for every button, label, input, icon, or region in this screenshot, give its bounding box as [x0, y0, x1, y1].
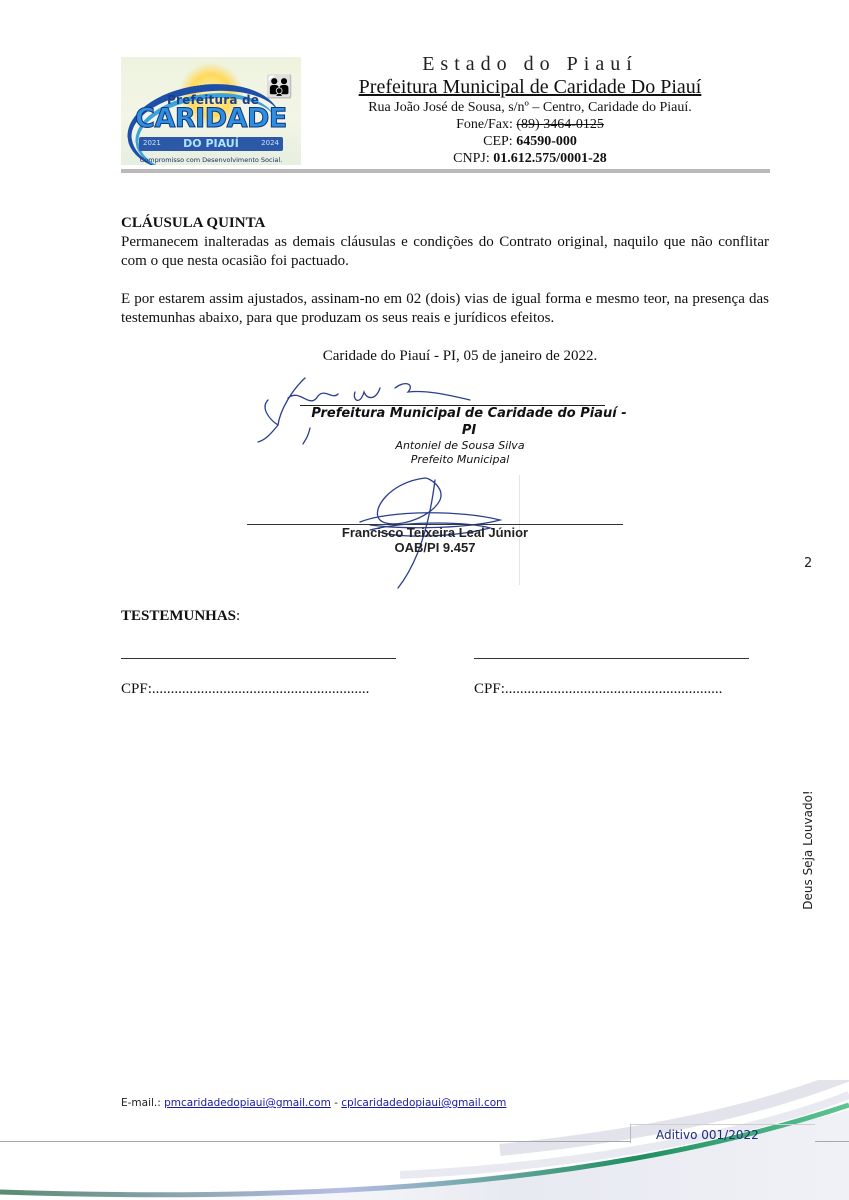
contractor-registration: OAB/PI 9.457	[247, 540, 623, 555]
letterhead: Estado do Piauí Prefeitura Municipal de …	[330, 53, 730, 167]
witness-1-cpf: CPF:....................................…	[121, 681, 369, 698]
signatory-name: Antoniel de Sousa Silva	[290, 439, 630, 453]
prefecture-logo: 👪 Prefeitura de CARIDADE 2021 DO PIAUÍ 2…	[121, 57, 301, 165]
page-number: 2	[804, 556, 812, 571]
address: Rua João José de Sousa, s/nº – Centro, C…	[330, 99, 730, 116]
cnpj-label: CNPJ:	[453, 151, 490, 166]
footer-email-line: E-mail.: pmcaridadedopiaui@gmail.com - c…	[121, 1097, 506, 1109]
email-link-prefecture[interactable]: pmcaridadedopiaui@gmail.com	[164, 1097, 331, 1109]
contractor-name: Francisco Teixeira Leal Júnior	[247, 525, 623, 540]
logo-tagline: Compromisso com Desenvolvimento Social.	[121, 156, 301, 164]
witness-1-signature-line	[121, 658, 396, 659]
cnpj-value: 01.612.575/0001-28	[493, 151, 607, 166]
signatory-entity: Prefeitura Municipal de Caridade do Piau…	[290, 405, 630, 439]
logo-name: CARIDADE	[125, 105, 297, 132]
email-label: E-mail.:	[121, 1097, 161, 1109]
phone-line: Fone/Fax: (89) 3464-0125	[330, 116, 730, 133]
witnesses-colon: :	[236, 608, 240, 624]
contract-body: CLÁUSULA QUINTA Permanecem inalteradas a…	[121, 214, 769, 366]
signature-block-contractor: Francisco Teixeira Leal Júnior OAB/PI 9.…	[247, 525, 623, 555]
signatory-role: Prefeito Municipal	[290, 453, 630, 467]
cep-value: 64590-000	[516, 134, 577, 149]
logo-year-right: 2024	[261, 139, 279, 147]
cep-label: CEP:	[483, 134, 513, 149]
cep-line: CEP: 64590-000	[330, 133, 730, 150]
family-icon: 👪	[266, 77, 293, 99]
handwritten-signatures	[230, 370, 650, 595]
email-link-cpl[interactable]: cplcaridadedopiaui@gmail.com	[341, 1097, 506, 1109]
footer-divider	[0, 1141, 630, 1142]
closing-paragraph: E por estarem assim ajustados, assinam-n…	[121, 290, 769, 328]
witnesses-heading: TESTEMUNHAS	[121, 608, 236, 624]
email-separator: -	[331, 1097, 341, 1109]
header-divider	[121, 169, 770, 173]
signature-block-mayor: Prefeitura Municipal de Caridade do Piau…	[290, 405, 630, 467]
phone-value: (89) 3464-0125	[516, 117, 604, 132]
phone-label: Fone/Fax:	[456, 117, 513, 132]
witness-2-signature-line	[474, 658, 749, 659]
witnesses-title: TESTEMUNHAS:	[121, 608, 240, 625]
logo-ribbon: 2021 DO PIAUÍ 2024	[139, 137, 283, 151]
cnpj-line: CNPJ: 01.612.575/0001-28	[330, 150, 730, 167]
clause-paragraph: Permanecem inalteradas as demais cláusul…	[121, 233, 769, 271]
side-motto: Deus Seja Louvado!	[801, 790, 815, 909]
prefecture-name: Prefeitura Municipal de Caridade Do Piau…	[330, 75, 730, 99]
document-label: Aditivo 001/2022	[656, 1128, 759, 1142]
witness-2-cpf: CPF:....................................…	[474, 681, 722, 698]
clause-title: CLÁUSULA QUINTA	[121, 214, 769, 233]
state-name: Estado do Piauí	[330, 53, 730, 75]
date-line: Caridade do Piauí - PI, 05 de janeiro de…	[121, 347, 769, 366]
footer-divider-right	[815, 1141, 849, 1142]
